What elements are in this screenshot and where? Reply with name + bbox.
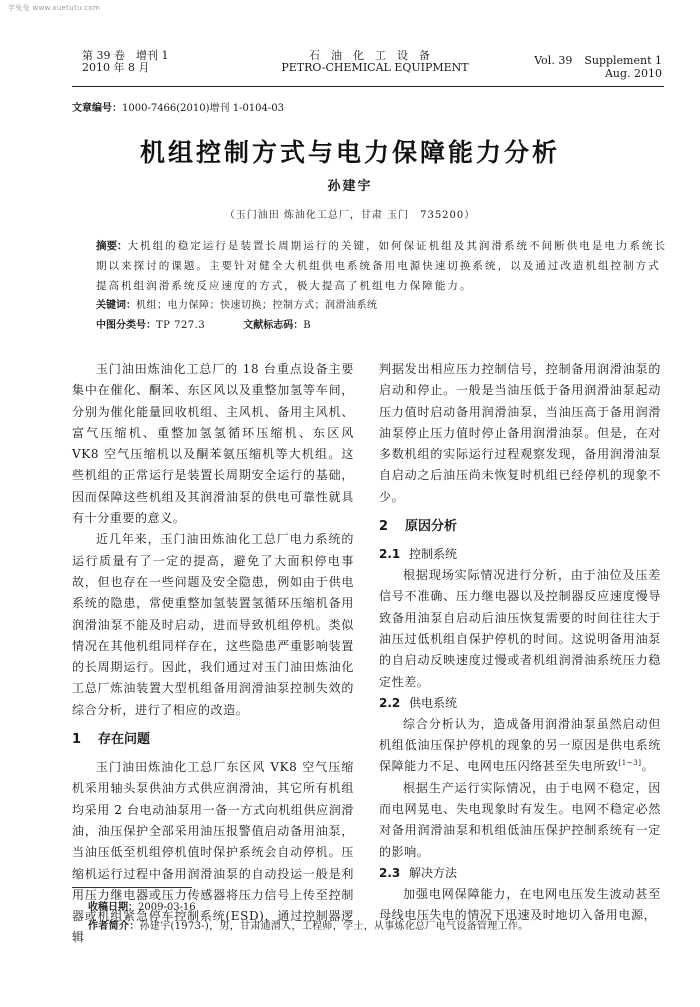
author-bio-value: 孙建宇(1973-)，男，甘肃通渭人，工程师，学士，从事炼化总厂电气设备管理工作…	[140, 921, 529, 932]
section-2-heading: 2原因分析	[379, 516, 661, 538]
section-2-3-title: 解决方法	[409, 866, 457, 880]
section-2-2-paragraph-1: 综合分析认为，造成备用润滑油泵虽然启动但机组低油压保护停机的现象的另一原因是供电…	[379, 714, 661, 778]
author-bio: 作者简介：孙建宇(1973-)，男，甘肃通渭人，工程师，学士，从事炼化总厂电气设…	[88, 920, 528, 934]
abstract: 摘要：大机组的稳定运行是装置长周期运行的关键，如何保证机组及其润滑系统不间断供电…	[96, 236, 668, 296]
section-2-2-paragraph-1-end: 。	[642, 759, 655, 773]
author-bio-label: 作者简介：	[88, 921, 140, 932]
received-date-value: 2009-03-16	[138, 902, 196, 913]
header-rule	[72, 86, 664, 87]
author-affiliation: （玉门油田 炼油化工总厂，甘肃 玉门 735200）	[0, 206, 700, 221]
abstract-text: 大机组的稳定运行是装置长周期运行的关键，如何保证机组及其润滑系统不间断供电是电力…	[96, 240, 667, 292]
article-number-label: 文章编号：	[72, 103, 122, 114]
header-issue-info-en: Vol. 39Supplement 1 Aug. 2010	[534, 54, 662, 80]
section-2-title: 原因分析	[405, 519, 457, 534]
section-2-1-title: 控制系统	[409, 547, 457, 561]
section-2-2-number: 2.2	[379, 693, 409, 714]
section-2-3-heading: 2.3解决方法	[379, 863, 661, 884]
section-2-2-heading: 2.2供电系统	[379, 693, 661, 714]
keywords-label: 关键词：	[96, 300, 136, 311]
section-2-1-number: 2.1	[379, 544, 409, 565]
clc-value: TP 727.3	[156, 320, 205, 331]
doc-code-label: 文献标志码：	[243, 320, 303, 331]
clc-label: 中图分类号：	[96, 320, 156, 331]
header-supplement-en: Supplement 1	[584, 54, 662, 67]
abstract-label: 摘要：	[96, 240, 128, 252]
section-2-2-paragraph-2: 根据生产运行实际情况，由于电网不稳定，因而电网晃电、失电现象时有发生。电网不稳定…	[379, 778, 661, 863]
header-journal: 石油化工设备 PETRO-CHEMICAL EQUIPMENT	[230, 50, 520, 74]
body-column-right: 判据发出相应压力控制信号，控制备用润滑油泵的启动和停止。一般是当油压低于备用润滑…	[379, 359, 661, 927]
section-1-heading: 1存在问题	[72, 729, 354, 751]
received-date-label: 收稿日期：	[88, 902, 138, 913]
section-2-number: 2	[379, 516, 405, 538]
intro-paragraph-1: 玉门油田炼油化工总厂的 18 台重点设备主要集中在催化、酮苯、东区风以及重整加氢…	[72, 359, 354, 529]
classification: 中图分类号：TP 727.3文献标志码：B	[96, 316, 311, 336]
doc-code-value: B	[303, 320, 311, 331]
section-1-paragraph-1-continued: 判据发出相应压力控制信号，控制备用润滑油泵的启动和停止。一般是当油压低于备用润滑…	[379, 359, 661, 508]
section-2-1-paragraph: 根据现场实际情况进行分析，由于油位及压差信号不准确、压力继电器以及控制器反应速度…	[379, 565, 661, 693]
section-1-title: 存在问题	[98, 732, 150, 747]
article-number-value: 1000-7466(2010)增刊 1-0104-03	[122, 103, 284, 114]
keywords-value: 机组；电力保障；快速切换；控制方式；润滑油系统	[136, 300, 378, 311]
footnote-rule	[72, 887, 192, 888]
received-date: 收稿日期：2009-03-16	[88, 901, 196, 915]
section-2-3-number: 2.3	[379, 863, 409, 884]
header-issue-info: 第 39 卷 增刊 1 2010 年 8 月	[82, 50, 169, 74]
section-2-2-title: 供电系统	[409, 696, 457, 710]
article-number: 文章编号：1000-7466(2010)增刊 1-0104-03	[72, 99, 284, 114]
body-column-left: 玉门油田炼油化工总厂的 18 台重点设备主要集中在催化、酮苯、东区风以及重整加氢…	[72, 359, 354, 949]
watermark: 学兔兔 www.xuetutu.com	[8, 3, 100, 13]
journal-name-en: PETRO-CHEMICAL EQUIPMENT	[230, 62, 520, 74]
author-name: 孙建宇	[0, 175, 700, 194]
section-1-number: 1	[72, 729, 98, 751]
header-date-cn: 2010 年 8 月	[82, 62, 169, 74]
section-2-1-heading: 2.1控制系统	[379, 544, 661, 565]
header-volume-en: Vol. 39	[534, 54, 572, 67]
paper-title: 机组控制方式与电力保障能力分析	[0, 133, 700, 169]
citation-ref[interactable]: [1~3]	[618, 759, 641, 767]
keywords: 关键词：机组；电力保障；快速切换；控制方式；润滑油系统	[96, 296, 378, 316]
header-date-en: Aug. 2010	[534, 67, 662, 80]
intro-paragraph-2: 近几年来，玉门油田炼油化工总厂电力系统的运行质量有了一定的提高，避免了大面积停电…	[72, 529, 354, 721]
